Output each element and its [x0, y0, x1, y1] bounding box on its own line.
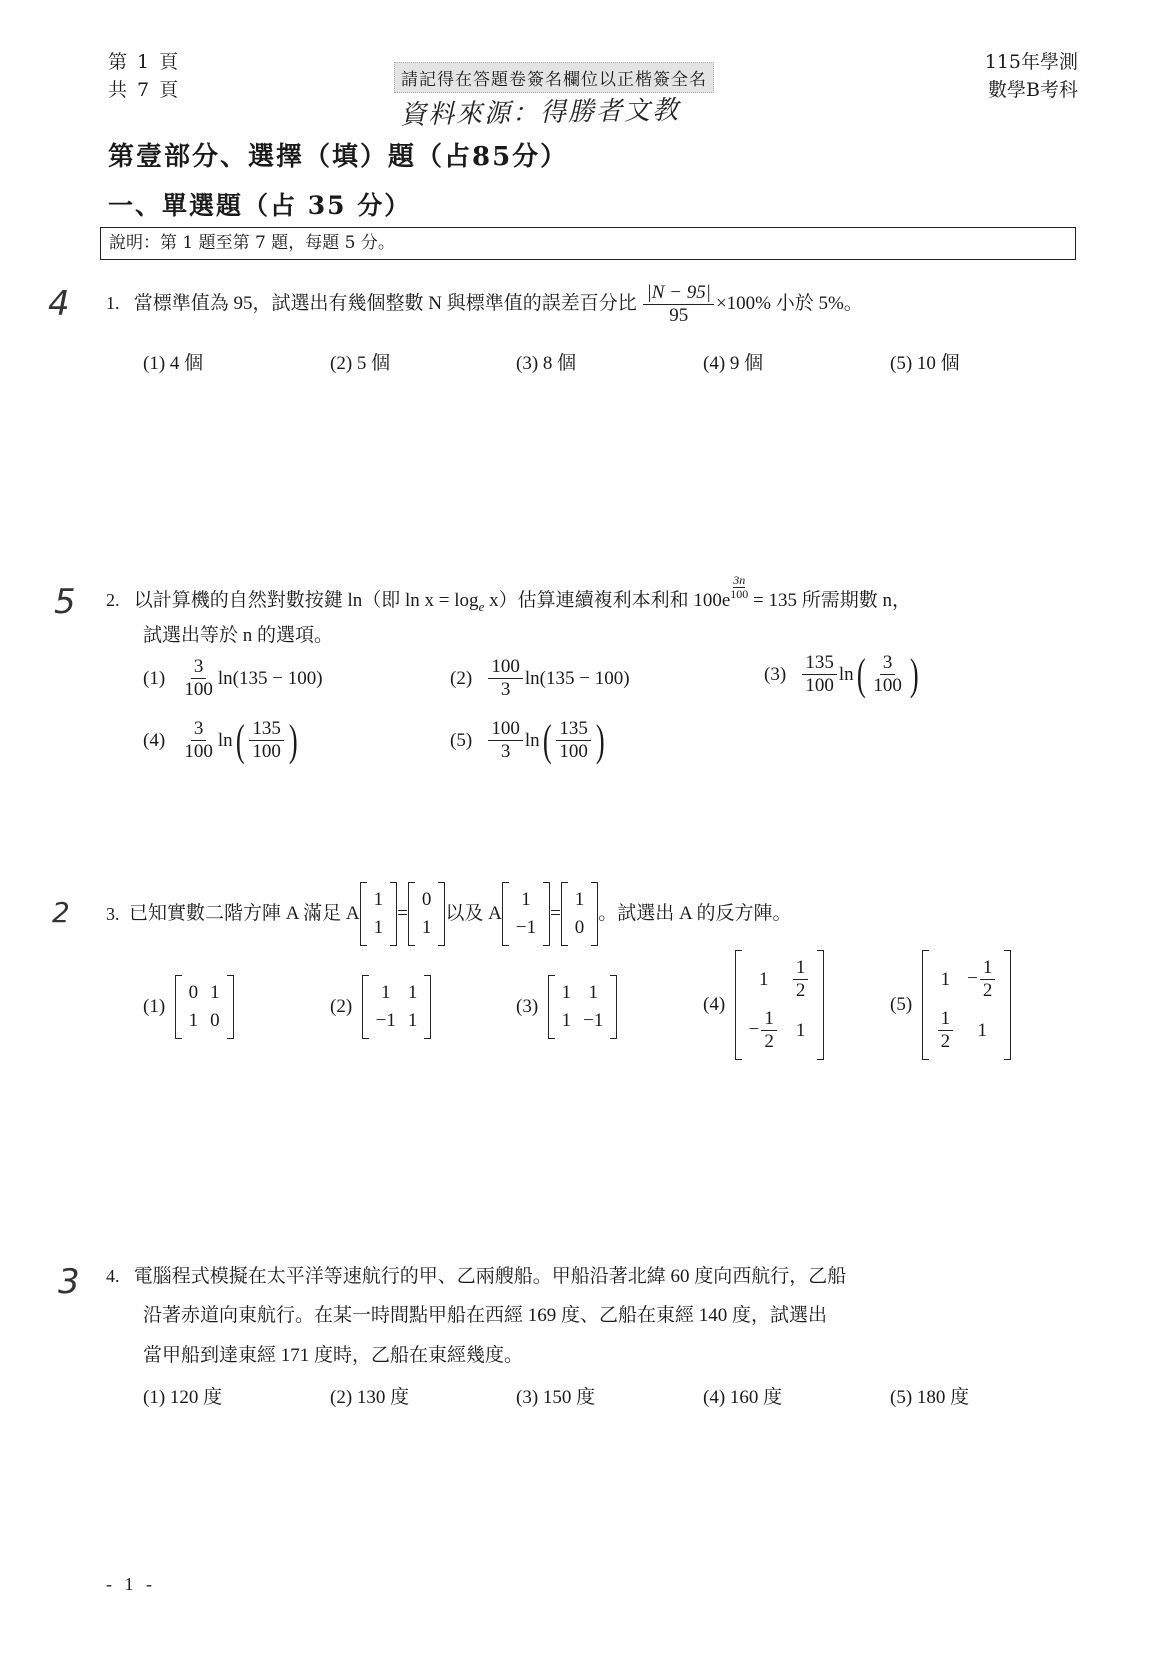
- total-pages-line: 共 7 頁: [108, 76, 180, 104]
- option-3: (3) 150 度: [516, 1382, 595, 1409]
- matrix: 01 10: [175, 975, 234, 1039]
- question-number: 4.: [106, 1266, 120, 1286]
- option-2: (2) 130 度: [330, 1382, 409, 1409]
- error-fraction: |N − 95| 95: [643, 282, 713, 327]
- option-1: (1) 3100 ln(135 − 100): [143, 656, 323, 701]
- page-footer: - 1 -: [106, 1574, 156, 1595]
- question-text: 當標準值為 95，試選出有幾個整數 N 與標準值的誤差百分比: [134, 293, 637, 314]
- option-4: (4) 160 度: [703, 1382, 782, 1409]
- exam-subject: 數學B考科: [985, 76, 1078, 104]
- part-title: 第壹部分、選擇（填）題（占85分）: [108, 136, 568, 173]
- vector: 11: [360, 882, 398, 946]
- question-4: 4. 電腦程式模擬在太平洋等速航行的甲、乙兩艘船。甲船沿著北緯 60 度向西航行…: [106, 1256, 846, 1297]
- matrix: 11 1−1: [548, 975, 618, 1039]
- question-3: 3. 已知實數二階方陣 A 滿足 A 11 = 01 以及 A 1−1 = 10…: [106, 882, 791, 946]
- matrix: 11 −11: [362, 975, 432, 1039]
- exam-info: 115年學測 數學B考科: [985, 48, 1078, 104]
- page-indicator: 第 1 頁 共 7 頁: [108, 48, 180, 104]
- option-2: (2) 5 個: [330, 348, 390, 375]
- option-4: (4) 3100 ln(135100): [143, 718, 301, 763]
- option-5: (5) 10 個: [890, 348, 960, 375]
- question-1: 1. 當標準值為 95，試選出有幾個整數 N 與標準值的誤差百分比 |N − 9…: [106, 282, 863, 327]
- handwritten-source: 資料來源：得勝者文教: [400, 90, 681, 132]
- vector: 1−1: [502, 882, 550, 946]
- option-4: (4) 9 個: [703, 348, 763, 375]
- option-2: (2) 1003 ln(135 − 100): [450, 656, 630, 701]
- question-number: 1.: [106, 293, 120, 313]
- exponent-fraction: 3n100: [730, 574, 748, 601]
- handwritten-answer-q3: 2: [52, 896, 70, 929]
- question-4-line2: 沿著赤道向東航行。在某一時間點甲船在西經 169 度、乙船在東經 140 度，試…: [143, 1296, 827, 1336]
- question-text-end: ×100% 小於 5%。: [716, 293, 863, 314]
- option-1: (1) 01 10: [143, 975, 234, 1039]
- option-3: (3) 135100 ln(3100): [764, 652, 922, 697]
- instructions-box: 說明：第 1 題至第 7 題，每題 5 分。: [100, 227, 1076, 260]
- option-5: (5) 180 度: [890, 1382, 969, 1409]
- vector: 01: [408, 882, 446, 946]
- matrix: 1−12 121: [922, 950, 1012, 1060]
- matrix: 112 −121: [735, 950, 825, 1060]
- handwritten-answer-q1: 4: [48, 284, 70, 324]
- option-5: (5) 1003 ln(135100): [450, 718, 608, 763]
- vector: 10: [561, 882, 599, 946]
- section-title: 一、單選題（占 35 分）: [108, 186, 411, 222]
- option-3: (3) 11 1−1: [516, 975, 617, 1039]
- page-number-line: 第 1 頁: [108, 48, 180, 76]
- question-2-line2: 試選出等於 n 的選項。: [143, 616, 333, 656]
- option-3: (3) 8 個: [516, 348, 576, 375]
- exam-year: 115年學測: [985, 48, 1078, 76]
- option-2: (2) 11 −11: [330, 975, 431, 1039]
- question-number: 2.: [106, 590, 120, 610]
- option-4: (4) 112 −121: [703, 950, 824, 1060]
- question-4-line3: 當甲船到達東經 171 度時，乙船在東經幾度。: [143, 1336, 523, 1376]
- option-1: (1) 120 度: [143, 1382, 222, 1409]
- question-number: 3.: [106, 894, 120, 934]
- option-1: (1) 4 個: [143, 348, 203, 375]
- signature-notice: 請記得在答題卷簽名欄位以正楷簽全名: [394, 62, 714, 93]
- handwritten-answer-q4: 3: [58, 1262, 80, 1302]
- option-5: (5) 1−12 121: [890, 950, 1011, 1060]
- handwritten-answer-q2: 5: [54, 582, 76, 622]
